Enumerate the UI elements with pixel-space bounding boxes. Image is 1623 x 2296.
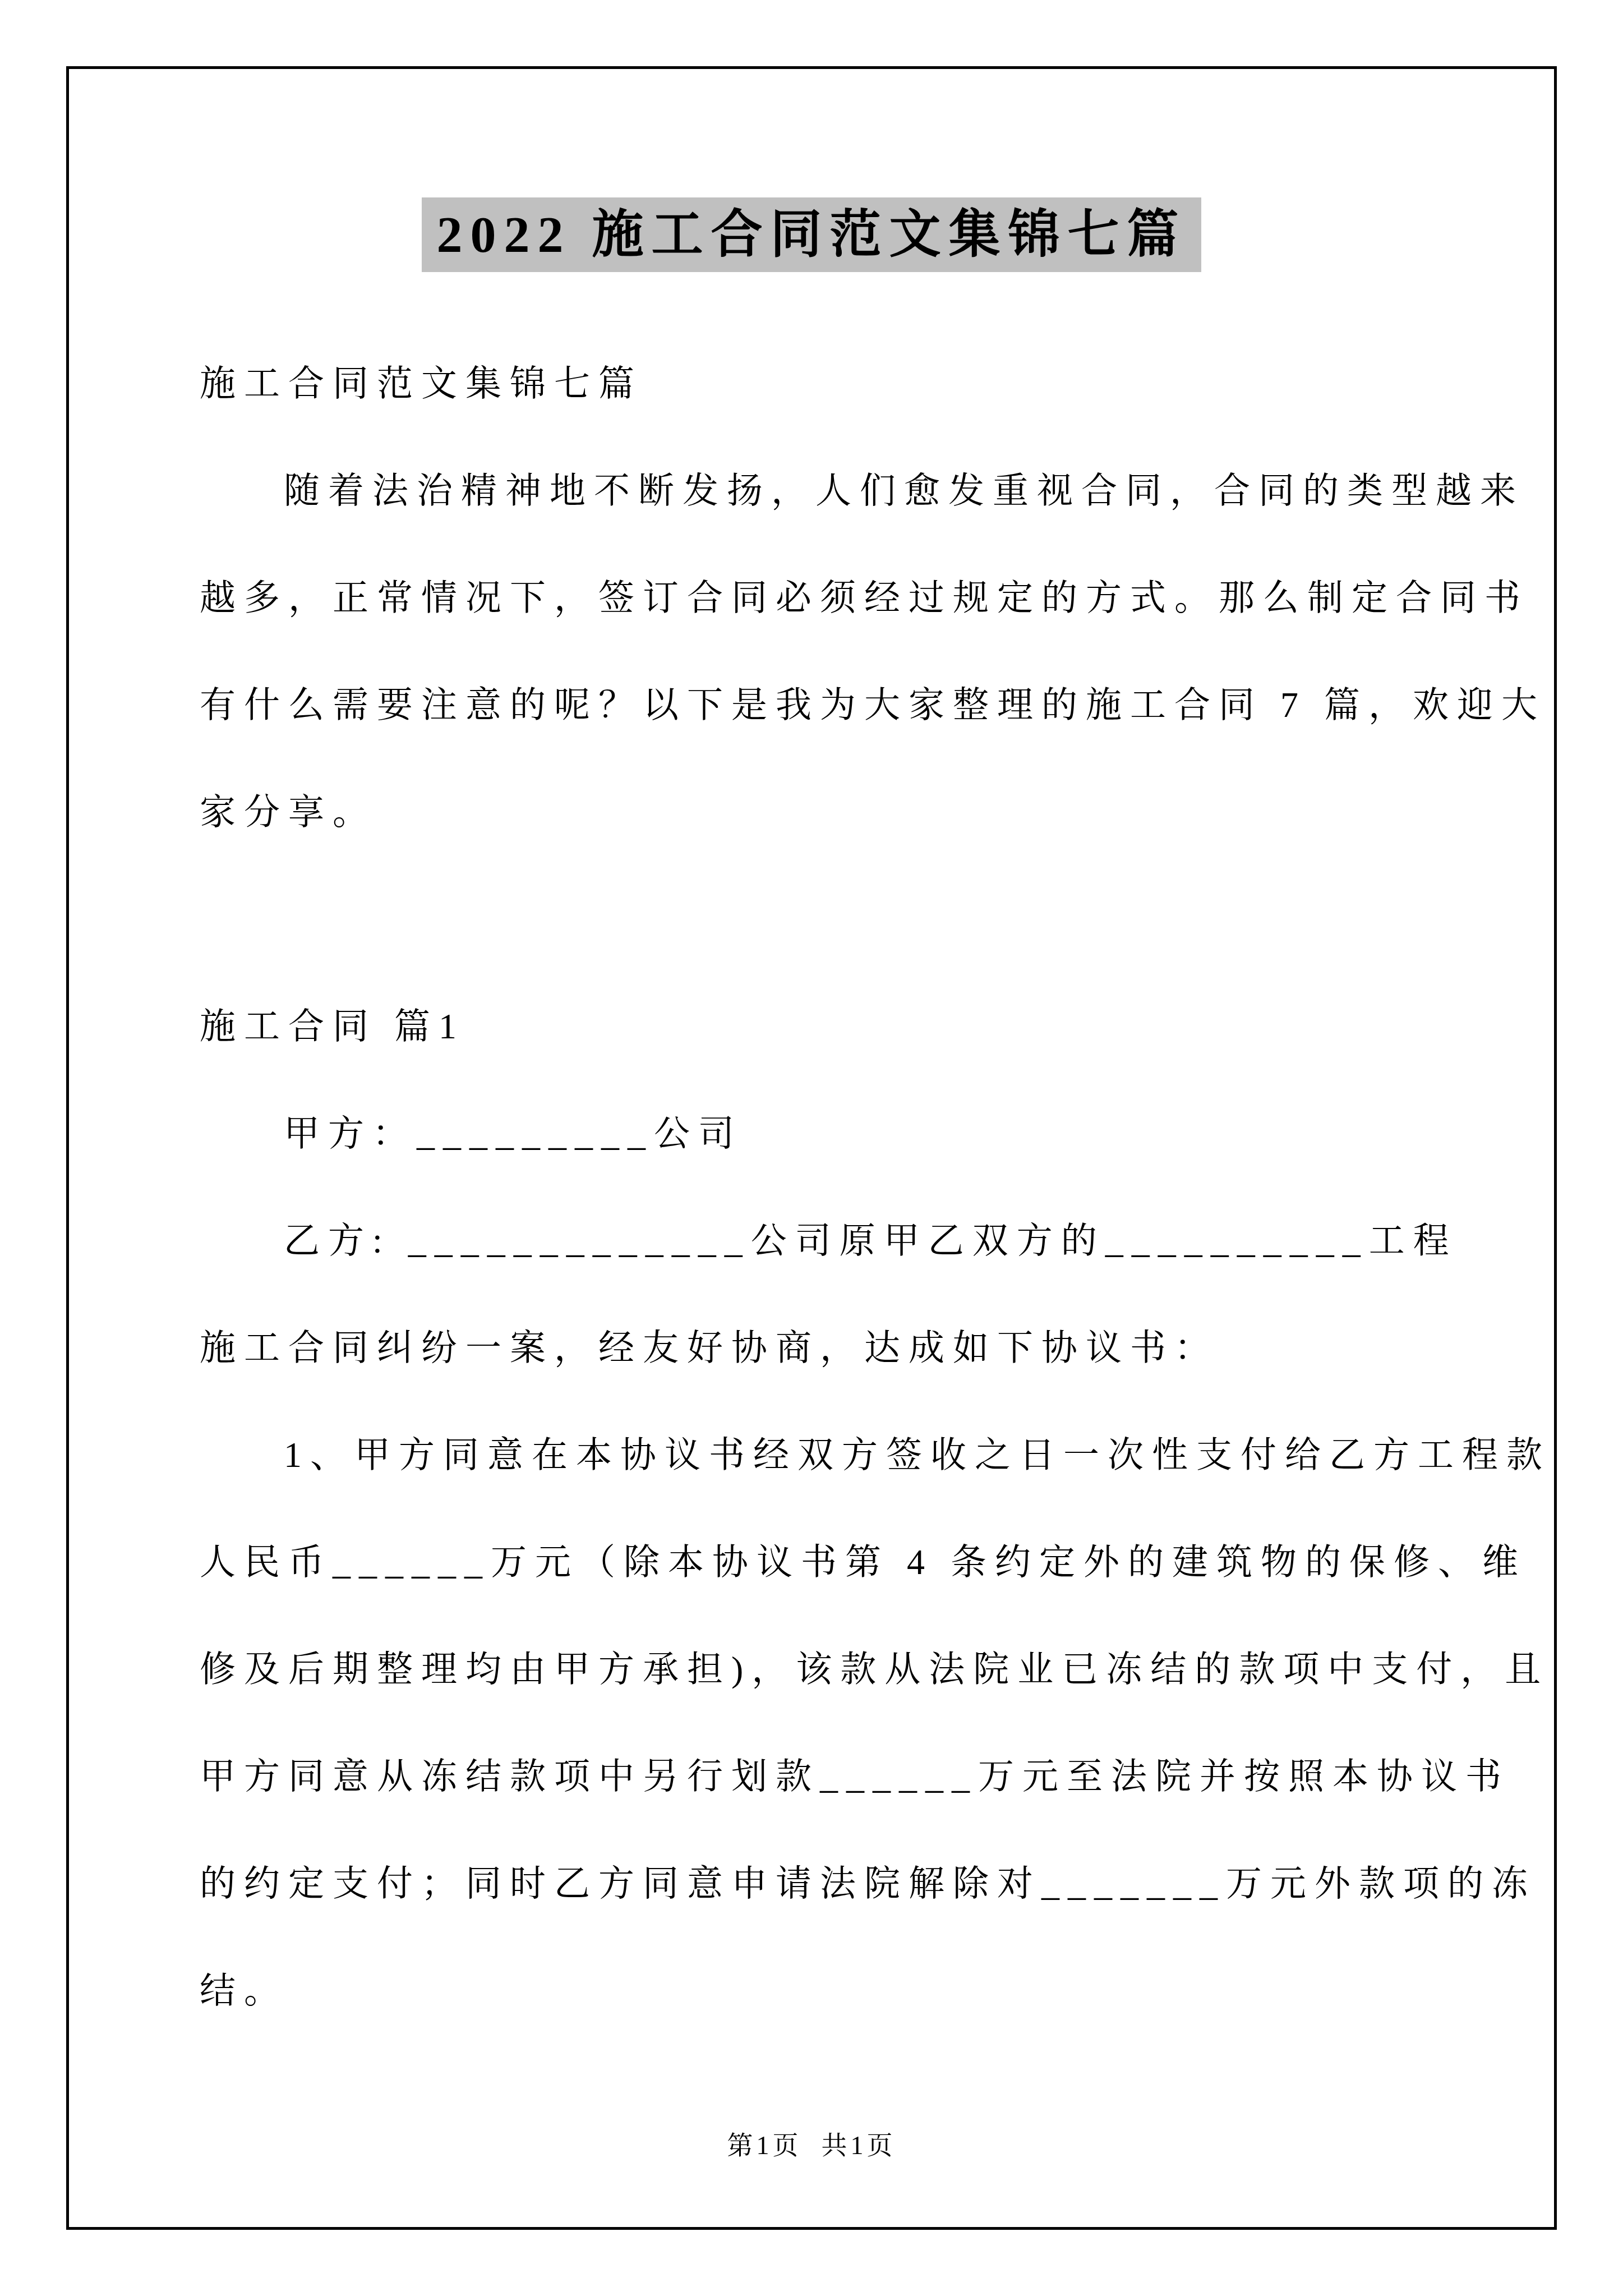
blank-line xyxy=(200,866,1469,973)
contract-line-party-a: 甲方：_________公司 xyxy=(200,1080,1469,1187)
intro-paragraph-line-2: 越多，正常情况下，签订合同必须经过规定的方式。那么制定合同书 xyxy=(200,544,1469,651)
intro-paragraph-line-4: 家分享。 xyxy=(200,758,1469,866)
contract-line-clause1-5: 的约定支付；同时乙方同意申请法院解除对_______万元外款项的冻 xyxy=(200,1830,1469,1937)
contract-line-clause1-2: 人民币______万元（除本协议书第 4 条约定外的建筑物的保修、维 xyxy=(200,1508,1469,1616)
contract-line-dispute: 施工合同纠纷一案，经友好协商，达成如下协议书： xyxy=(200,1294,1469,1401)
document-body: 施工合同范文集锦七篇 随着法治精神地不断发扬，人们愈发重视合同，合同的类型越来 … xyxy=(200,330,1469,2044)
document-page: 2022 施工合同范文集锦七篇 施工合同范文集锦七篇 随着法治精神地不断发扬，人… xyxy=(0,0,1623,2296)
intro-paragraph-line-3: 有什么需要注意的呢？以下是我为大家整理的施工合同 7 篇，欢迎大 xyxy=(200,651,1469,758)
contract-line-party-b: 乙方: _____________公司原甲乙双方的__________工程 xyxy=(200,1187,1469,1294)
document-title: 2022 施工合同范文集锦七篇 xyxy=(422,197,1201,272)
section-heading: 施工合同 篇1 xyxy=(200,973,1469,1080)
page-number-footer: 第1页 共1页 xyxy=(0,2125,1623,2162)
document-title-row: 2022 施工合同范文集锦七篇 xyxy=(0,197,1623,272)
contract-line-clause1-3: 修及后期整理均由甲方承担)，该款从法院业已冻结的款项中支付，且 xyxy=(200,1616,1469,1723)
contract-line-clause1-6: 结。 xyxy=(200,1937,1469,2044)
contract-line-clause1-4: 甲方同意从冻结款项中另行划款______万元至法院并按照本协议书 xyxy=(200,1723,1469,1830)
contract-line-clause1-1: 1、甲方同意在本协议书经双方签收之日一次性支付给乙方工程款 xyxy=(200,1401,1469,1508)
intro-heading: 施工合同范文集锦七篇 xyxy=(200,330,1469,437)
intro-paragraph-line-1: 随着法治精神地不断发扬，人们愈发重视合同，合同的类型越来 xyxy=(200,437,1469,544)
